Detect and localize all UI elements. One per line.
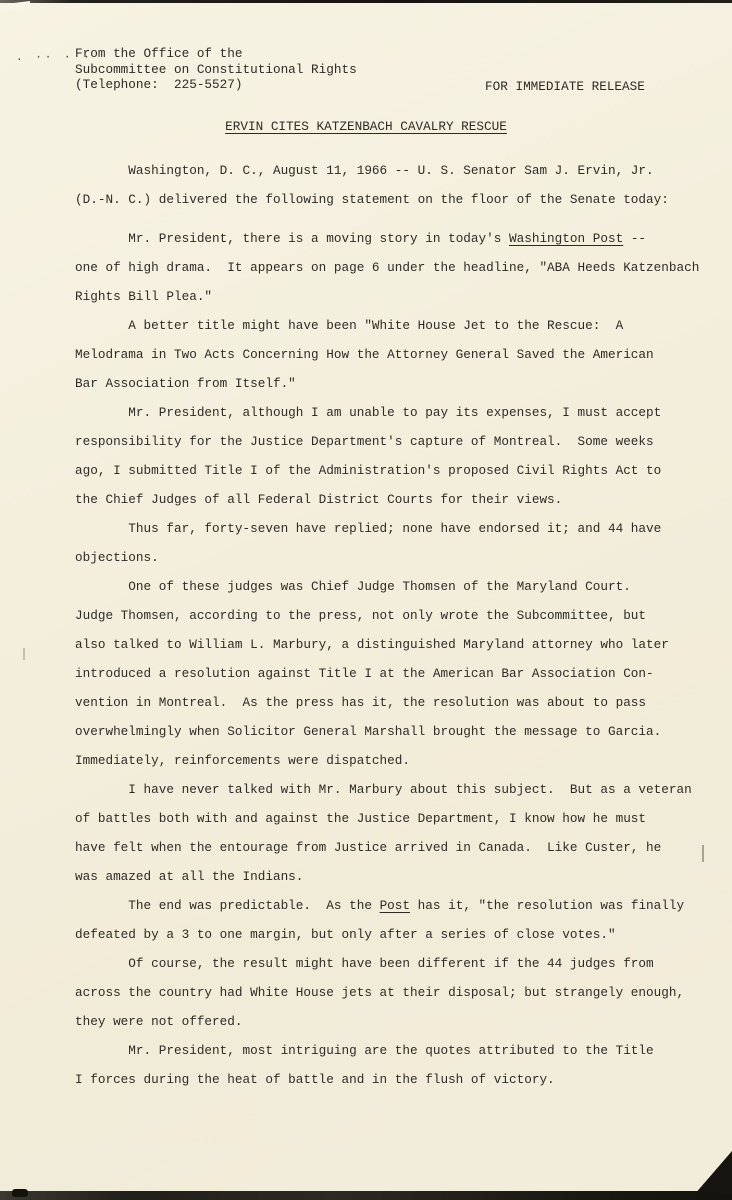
paragraph-washington-post: Mr. President, there is a moving story i…: [75, 224, 709, 311]
paragraph-intriguing-quotes: Mr. President, most intriguing are the q…: [75, 1036, 709, 1094]
document-title-text: ERVIN CITES KATZENBACH CAVALRY RESCUE: [225, 119, 507, 134]
paragraph-text: A better title might have been "White Ho…: [75, 318, 654, 391]
letterhead-line-subcommittee: Subcommittee on Constitutional Rights: [75, 62, 357, 78]
underlined-text-post: Post: [380, 898, 410, 913]
paragraph-better-title: A better title might have been "White Ho…: [75, 311, 709, 398]
document-body: Washington, D. C., August 11, 1966 -- U.…: [75, 156, 709, 1094]
paragraph-text: Washington, D. C., August 11, 1966 -- U.…: [75, 163, 669, 207]
press-release-page: . ·· · · From the Office of theSubcommit…: [0, 0, 732, 1200]
scan-bottom-right-corner: [694, 1151, 732, 1195]
paragraph-thus-far: Thus far, forty-seven have replied; none…: [75, 514, 709, 572]
paragraph-text: Thus far, forty-seven have replied; none…: [75, 521, 661, 565]
paragraph-text: Mr. President, although I am unable to p…: [75, 405, 661, 507]
paragraph-responsibility: Mr. President, although I am unable to p…: [75, 398, 709, 514]
paragraph-marbury: I have never talked with Mr. Marbury abo…: [75, 775, 709, 891]
release-notice: FOR IMMEDIATE RELEASE: [485, 79, 645, 94]
scan-bottom-blob: [12, 1189, 28, 1197]
paragraph-dateline: Washington, D. C., August 11, 1966 -- U.…: [75, 156, 709, 214]
paragraph-of-course: Of course, the result might have been di…: [75, 949, 709, 1036]
paragraph-text: Of course, the result might have been di…: [75, 956, 684, 1029]
scan-bottom-edge: [0, 1191, 732, 1200]
letterhead-line-telephone: (Telephone: 225-5527): [75, 77, 357, 93]
underlined-text-washington-post: Washington Post: [509, 231, 623, 246]
paragraph-text: I have never talked with Mr. Marbury abo…: [75, 782, 692, 884]
scan-top-edge: [0, 0, 732, 3]
scan-artifact-left-tick: [23, 648, 25, 660]
paragraph-judge-thomsen: One of these judges was Chief Judge Thom…: [75, 572, 709, 775]
letterhead: From the Office of theSubcommittee on Co…: [75, 46, 357, 93]
letterhead-line-office: From the Office of the: [75, 46, 357, 62]
paragraph-text: The end was predictable. As the: [75, 898, 380, 913]
paragraph-text: Mr. President, there is a moving story i…: [75, 231, 509, 246]
scan-artifact-right-tick: [702, 845, 704, 862]
paragraph-text: One of these judges was Chief Judge Thom…: [75, 579, 669, 768]
paragraph-text: Mr. President, most intriguing are the q…: [75, 1043, 654, 1087]
paragraph-end-predictable: The end was predictable. As the Post has…: [75, 891, 709, 949]
document-title: ERVIN CITES KATZENBACH CAVALRY RESCUE: [0, 119, 732, 134]
